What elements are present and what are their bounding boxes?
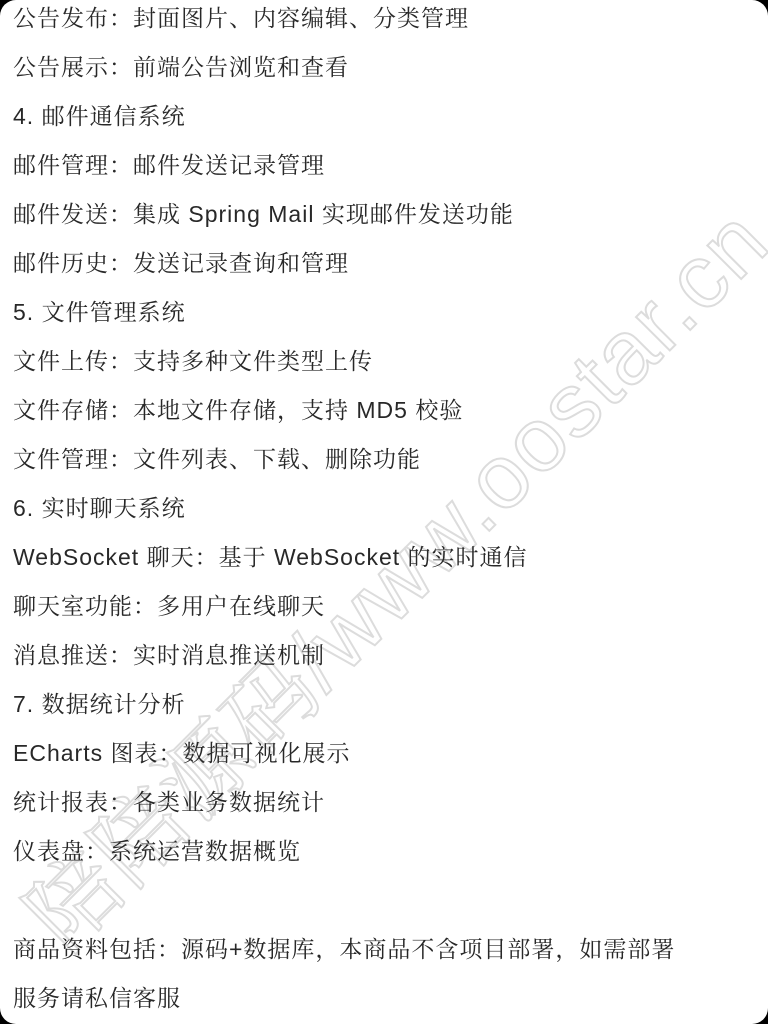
text-line: ECharts 图表：数据可视化展示 — [13, 738, 755, 768]
text-line: 文件存储：本地文件存储，支持 MD5 校验 — [13, 395, 755, 425]
product-description-card: 陪陪源码/www.oostar.cn 公告发布：封面图片、内容编辑、分类管理 公… — [0, 0, 768, 1024]
text-line: 邮件管理：邮件发送记录管理 — [13, 150, 755, 180]
text-line: 消息推送：实时消息推送机制 — [13, 640, 755, 670]
text-line-section-heading: 5. 文件管理系统 — [13, 297, 755, 327]
text-line-section-heading: 7. 数据统计分析 — [13, 689, 755, 719]
text-line: 文件上传：支持多种文件类型上传 — [13, 346, 755, 376]
document-content: 公告发布：封面图片、内容编辑、分类管理 公告展示：前端公告浏览和查看 4. 邮件… — [0, 0, 768, 1013]
text-line: 仪表盘：系统运营数据概览 — [13, 836, 755, 866]
text-line: 邮件历史：发送记录查询和管理 — [13, 248, 755, 278]
text-line-blank — [13, 885, 755, 915]
text-line: 统计报表：各类业务数据统计 — [13, 787, 755, 817]
text-line: 公告展示：前端公告浏览和查看 — [13, 52, 755, 82]
text-line: 文件管理：文件列表、下载、删除功能 — [13, 444, 755, 474]
text-line: 公告发布：封面图片、内容编辑、分类管理 — [13, 3, 755, 33]
text-line: 聊天室功能：多用户在线聊天 — [13, 591, 755, 621]
text-line: WebSocket 聊天：基于 WebSocket 的实时通信 — [13, 542, 755, 572]
text-line: 服务请私信客服 — [13, 983, 755, 1013]
text-line-section-heading: 6. 实时聊天系统 — [13, 493, 755, 523]
text-line: 商品资料包括：源码+数据库，本商品不含项目部署，如需部署 — [13, 934, 755, 964]
text-line-section-heading: 4. 邮件通信系统 — [13, 101, 755, 131]
text-line: 邮件发送：集成 Spring Mail 实现邮件发送功能 — [13, 199, 755, 229]
